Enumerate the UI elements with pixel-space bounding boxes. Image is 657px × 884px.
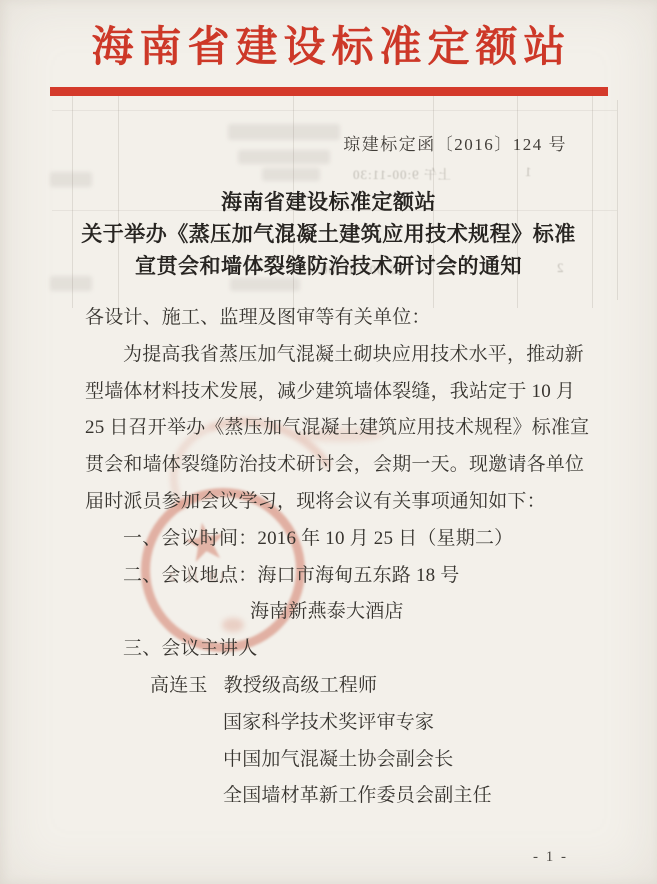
document-title: 海南省建设标准定额站 关于举办《蒸压加气混凝土建筑应用技术规程》标准 宣贯会和墙… xyxy=(0,186,657,282)
title-line-3: 宣贯会和墙体裂缝防治技术研讨会的通知 xyxy=(0,250,657,282)
showthrough-smudge xyxy=(238,150,330,164)
document-body: 各设计、施工、监理及图审等有关单位： 为提高我省蒸压加气混凝土砌块应用技术水平，… xyxy=(85,300,579,815)
speaker-title: 国家科学技术奖评审专家 xyxy=(85,705,579,742)
title-line-1: 海南省建设标准定额站 xyxy=(0,186,657,218)
document-page: 上午 9:00-11:30 1 13:00—17:00 2 ★ 10 月 2 海… xyxy=(0,0,657,884)
body-line: 25 日召开举办《蒸压加气混凝土建筑应用技术规程》标准宣 xyxy=(85,410,579,447)
showthrough-smudge xyxy=(50,172,92,187)
salutation: 各设计、施工、监理及图审等有关单位： xyxy=(85,300,579,337)
letterhead-org-name: 海南省建设标准定额站 xyxy=(0,20,657,76)
body-line: 届时派员参加会议学习，现将会议有关事项通知如下： xyxy=(85,484,579,521)
document-number: 琼建标定函〔2016〕124 号 xyxy=(343,130,567,155)
body-line: 为提高我省蒸压加气混凝土砌块应用技术水平，推动新 xyxy=(85,337,579,374)
speaker-name: 高连玉 xyxy=(150,675,208,696)
showthrough-text-morning-session: 上午 9:00-11:30 xyxy=(352,164,451,183)
speaker-title: 教授级高级工程师 xyxy=(224,675,378,696)
letterhead-divider xyxy=(50,87,608,96)
showthrough-smudge xyxy=(228,124,340,140)
item-meeting-place: 二、会议地点：海口市海甸五东路 18 号 xyxy=(85,558,579,595)
speaker-title: 全国墙材革新工作委员会副主任 xyxy=(85,778,579,815)
body-line: 型墙体材料技术发展，减少建筑墙体裂缝，我站定于 10 月 xyxy=(85,374,579,411)
title-line-2: 关于举办《蒸压加气混凝土建筑应用技术规程》标准 xyxy=(0,218,657,250)
page-number: - 1 - xyxy=(533,849,568,866)
showthrough-text-row1-number: 1 xyxy=(524,164,532,180)
meeting-venue: 海南新燕泰大酒店 xyxy=(85,594,579,631)
speaker-line: 高连玉教授级高级工程师 xyxy=(85,668,579,705)
body-line: 贯会和墙体裂缝防治技术研讨会，会期一天。现邀请各单位 xyxy=(85,447,579,484)
showthrough-smudge xyxy=(262,168,320,181)
item-meeting-time: 一、会议时间：2016 年 10 月 25 日（星期二） xyxy=(85,521,579,558)
showthrough-table-line xyxy=(52,110,617,111)
item-speaker-heading: 三、会议主讲人 xyxy=(85,631,579,668)
speaker-title: 中国加气混凝土协会副会长 xyxy=(85,742,579,779)
